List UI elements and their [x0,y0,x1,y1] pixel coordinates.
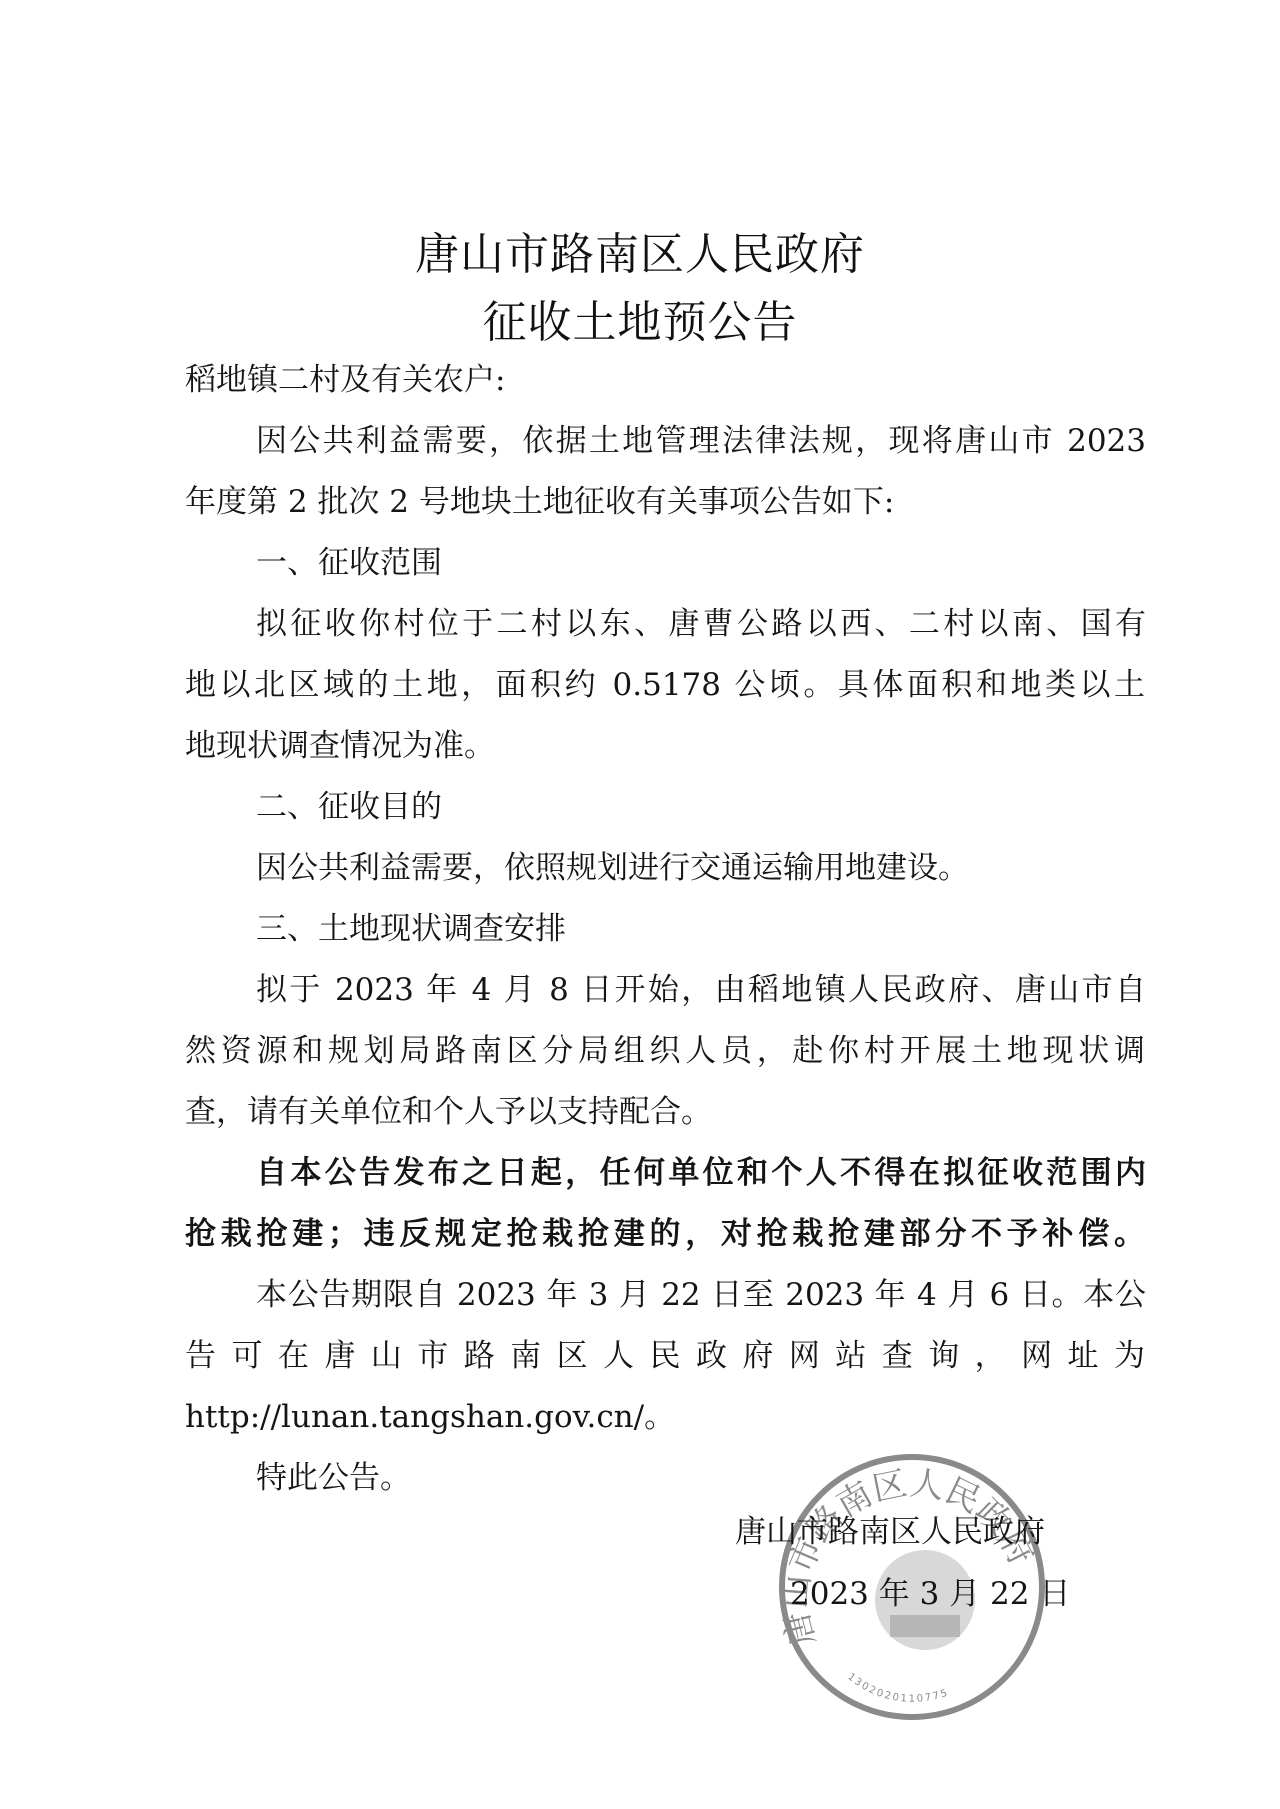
section3-line-1: 拟于 2023 年 4 月 8 日开始，由稻地镇人民政府、唐山市自 [256,970,1146,1010]
section1-line-2: 地以北区域的土地，面积约 0.5178 公顷。具体面积和地类以土 [185,665,1145,705]
website-link[interactable]: http://lunan.tangshan.gov.cn/。 [185,1397,1145,1437]
intro-line-1: 因公共利益需要，依据土地管理法律法规，现将唐山市 2023 [256,421,1146,461]
section2-line-1: 因公共利益需要，依照规划进行交通运输用地建设。 [256,848,1146,888]
section1-heading: 一、征收范围 [256,543,1216,583]
section3-heading: 三、土地现状调查安排 [256,909,1216,949]
signature-org: 唐山市路南区人民政府 [735,1506,1045,1551]
period-line-1: 本公告期限自 2023 年 3 月 22 日至 2023 年 4 月 6 日。本… [256,1275,1146,1315]
section1-line-3: 地现状调查情况为准。 [185,726,1145,766]
section3-line-2: 然资源和规划局路南区分局组织人员，赴你村开展土地现状调 [185,1031,1145,1071]
section2-heading: 二、征收目的 [256,787,1216,827]
intro-line-2: 年度第 2 批次 2 号地块土地征收有关事项公告如下: [185,482,1145,522]
document-title-line2: 征收土地预公告 [0,286,1280,350]
warning-line-2: 抢栽抢建；违反规定抢栽抢建的，对抢栽抢建部分不予补偿。 [185,1214,1145,1254]
section3-line-3: 查，请有关单位和个人予以支持配合。 [185,1092,1145,1132]
signature-date: 2023 年 3 月 22 日 [790,1568,1070,1613]
period-line-2: 告可在唐山市路南区人民政府网站查询，网址为 [185,1336,1145,1376]
document-page: 唐山市路南区人民政府 征收土地预公告 稻地镇二村及有关农户: 因公共利益需要，依… [0,0,1280,1809]
salutation: 稻地镇二村及有关农户: [185,360,1145,400]
svg-text:1302020110775: 1302020110775 [845,1671,950,1704]
document-title-line1: 唐山市路南区人民政府 [0,218,1280,282]
warning-line-1: 自本公告发布之日起，任何单位和个人不得在拟征收范围内 [256,1153,1146,1193]
section1-line-1: 拟征收你村位于二村以东、唐曹公路以西、二村以南、国有 [256,604,1146,644]
